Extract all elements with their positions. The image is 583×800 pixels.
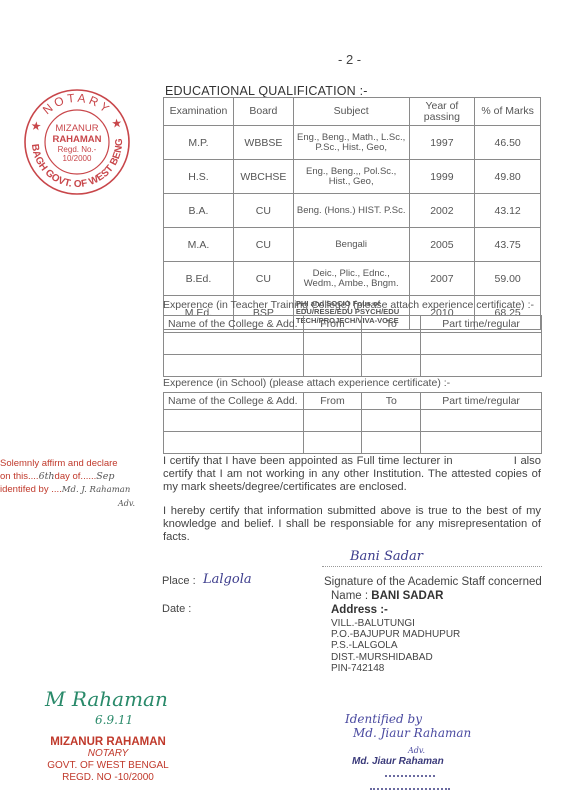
affirmation-block: Solemnly affirm and declare on this....6… [0, 457, 135, 510]
certification-paragraph-1: I certify that I have been appointed as … [163, 455, 541, 494]
cell-exam: H.S. [164, 160, 234, 194]
empty-cell[interactable] [362, 333, 421, 355]
header-part-time: Part time/regular [421, 316, 542, 333]
cell-board: CU [233, 228, 293, 262]
applicant-signature: Bani Sadar [350, 549, 423, 564]
table-row [164, 355, 542, 377]
notary-stamp: MIZANUR RAHAMAN NOTARY GOVT. OF WEST BEN… [38, 736, 178, 784]
address-label: Address :- [331, 604, 388, 616]
header-to: To [362, 316, 421, 333]
header-from: From [303, 316, 362, 333]
signature-line [322, 566, 542, 567]
empty-cell[interactable] [362, 410, 421, 432]
cell-year: 2007 [409, 262, 475, 296]
table-row: H.S. WBCHSE Eng., Beng.,, Pol.Sc., Hist.… [164, 160, 541, 194]
empty-cell[interactable] [362, 432, 421, 454]
identified-by-adv: Adv. [408, 746, 425, 755]
address-line: P.S.-LALGOLA [331, 640, 460, 651]
table-row: B.A. CU Beng. (Hons.) HIST. P.Sc. 2002 4… [164, 194, 541, 228]
cell-subject: Eng., Beng., Math., L.Sc., P.Sc., Hist.,… [293, 126, 409, 160]
empty-cell[interactable] [421, 355, 542, 377]
date-label: Date : [162, 603, 191, 615]
notary-date: 6.9.11 [95, 713, 133, 727]
address-line: VILL.-BALUTUNGI [331, 618, 460, 629]
empty-cell[interactable] [421, 432, 542, 454]
address-line: PIN-742148 [331, 663, 460, 674]
identified-by: Identified by Md. Jiaur Rahaman [345, 712, 471, 740]
empty-cell[interactable] [421, 333, 542, 355]
table-header-row: Name of the College & Add. From To Part … [164, 393, 542, 410]
svg-text:MIZANUR: MIZANUR [55, 123, 98, 134]
experience-school-table: Name of the College & Add. From To Part … [163, 392, 542, 454]
section-title: EDUCATIONAL QUALIFICATION :- [165, 84, 368, 98]
affirmation-line-3: identifed by ....Md. J. Rahaman [0, 483, 135, 497]
table-header-row: Name of the College & Add. From To Part … [164, 316, 542, 333]
experience-school-label: Experence (in School) (please attach exp… [163, 377, 450, 389]
table-row: B.Ed. CU Deic., Plic., Ednc., Wedm., Amb… [164, 262, 541, 296]
header-subject: Subject [293, 98, 409, 126]
empty-cell[interactable] [362, 355, 421, 377]
cell-exam: B.Ed. [164, 262, 234, 296]
table-row [164, 410, 542, 432]
notary-round-seal: ★ NOTARY ★ LALBAGH GOVT. OF WEST BENGAL … [20, 85, 135, 200]
name-label: Name : [331, 590, 368, 602]
cell-board: CU [233, 262, 293, 296]
affirmation-line-4: Adv. [0, 497, 135, 510]
affirmation-line-1: Solemnly affirm and declare [0, 457, 135, 470]
experience-college-table: Name of the College & Add. From To Part … [163, 315, 542, 377]
stamp-line [370, 788, 450, 790]
cell-marks: 49.80 [475, 160, 541, 194]
address-line: P.O.-BAJUPUR MADHUPUR [331, 629, 460, 640]
header-board: Board [233, 98, 293, 126]
cell-board: WBBSE [233, 126, 293, 160]
cell-year: 2002 [409, 194, 475, 228]
header-part-time: Part time/regular [421, 393, 542, 410]
page-number: - 2 - [338, 52, 361, 67]
cell-subject: Beng. (Hons.) HIST. P.Sc. [293, 194, 409, 228]
table-row [164, 333, 542, 355]
table-header-row: Examination Board Subject Year of passin… [164, 98, 541, 126]
table-row: M.P. WBBSE Eng., Beng., Math., L.Sc., P.… [164, 126, 541, 160]
empty-cell[interactable] [303, 355, 362, 377]
cell-subject: Eng., Beng.,, Pol.Sc., Hist., Geo, [293, 160, 409, 194]
cell-exam: M.A. [164, 228, 234, 262]
header-college-name: Name of the College & Add. [164, 316, 304, 333]
header-examination: Examination [164, 98, 234, 126]
empty-cell[interactable] [164, 410, 304, 432]
notary-signature: M Rahaman [45, 687, 168, 711]
header-marks: % of Marks [475, 98, 541, 126]
signature-caption: Signature of the Academic Staff concerne… [324, 576, 542, 588]
qualification-table: Examination Board Subject Year of passin… [163, 97, 541, 330]
address-block: VILL.-BALUTUNGI P.O.-BAJUPUR MADHUPUR P.… [331, 618, 460, 674]
cell-marks: 43.75 [475, 228, 541, 262]
place-label: Place : [162, 575, 196, 587]
cell-subject: Deic., Plic., Ednc., Wedm., Ambe., Bngm. [293, 262, 409, 296]
stamp-line [385, 775, 435, 777]
empty-cell[interactable] [303, 410, 362, 432]
name-row: Name : BANI SADAR [331, 590, 443, 602]
address-line: DIST.-MURSHIDABAD [331, 652, 460, 663]
certification-paragraph-2: I hereby certify that information submit… [163, 505, 541, 544]
cell-exam: M.P. [164, 126, 234, 160]
place-value: Lalgola [203, 572, 252, 587]
empty-cell[interactable] [303, 432, 362, 454]
empty-cell[interactable] [164, 333, 304, 355]
svg-text:RAHAMAN: RAHAMAN [52, 134, 101, 145]
empty-cell[interactable] [421, 410, 542, 432]
table-row [164, 432, 542, 454]
cell-marks: 46.50 [475, 126, 541, 160]
cell-marks: 59.00 [475, 262, 541, 296]
cell-year: 1997 [409, 126, 475, 160]
header-to: To [362, 393, 421, 410]
cell-subject: Bengali [293, 228, 409, 262]
cell-board: CU [233, 194, 293, 228]
cell-marks: 43.12 [475, 194, 541, 228]
cell-board: WBCHSE [233, 160, 293, 194]
advocate-stamp: Md. Jiaur Rahaman [352, 756, 444, 767]
cell-exam: B.A. [164, 194, 234, 228]
experience-college-label: Experence (in Teacher Training College) … [163, 299, 534, 311]
header-college-name: Name of the College & Add. [164, 393, 304, 410]
affirmation-line-2: on this....6thday of......Sep [0, 470, 135, 483]
header-year: Year of passing [409, 98, 475, 126]
header-from: From [303, 393, 362, 410]
table-row: M.A. CU Bengali 2005 43.75 [164, 228, 541, 262]
empty-cell[interactable] [303, 333, 362, 355]
cell-year: 1999 [409, 160, 475, 194]
empty-cell[interactable] [164, 432, 304, 454]
empty-cell[interactable] [164, 355, 304, 377]
svg-text:Regd. No.-: Regd. No.- [58, 145, 97, 154]
name-value: BANI SADAR [371, 590, 443, 602]
cell-year: 2005 [409, 228, 475, 262]
svg-text:10/2000: 10/2000 [63, 154, 92, 163]
